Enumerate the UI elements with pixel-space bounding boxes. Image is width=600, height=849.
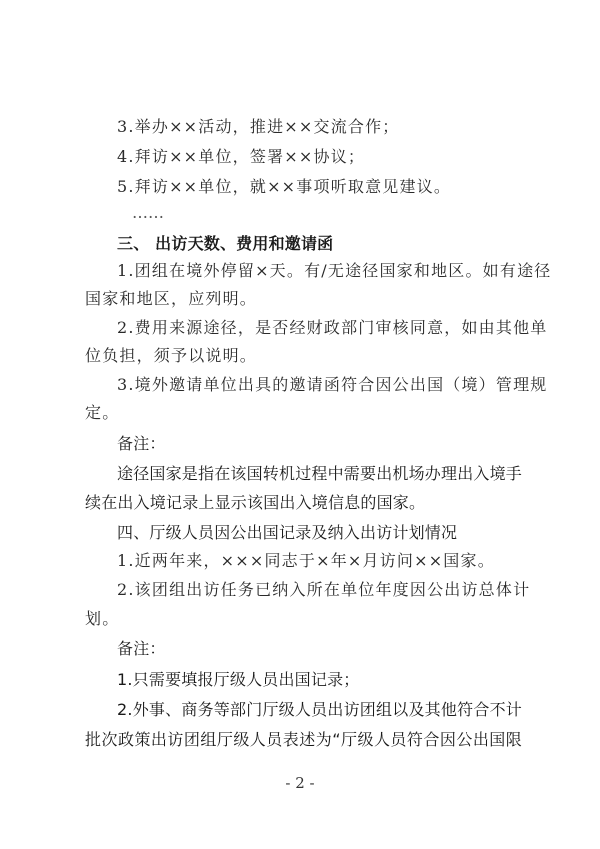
page-number: - 2 - — [0, 774, 600, 792]
section-heading-3: 三、 出访天数、费用和邀请函 — [117, 234, 333, 254]
note-line: 2.外事、商务等部门厅级人员出访团组以及其他符合不计 — [117, 700, 522, 720]
paragraph-line: 国家和地区，应列明。 — [85, 289, 257, 309]
paragraph-line: 1.团组在境外停留×天。有/无途径国家和地区。如有途径 — [117, 261, 522, 281]
note-line: 批次政策出访团组厅级人员表述为“厅级人员符合因公出国限 — [85, 730, 522, 750]
section-heading-4: 四、厅级人员因公出国记录及纳入出访计划情况 — [117, 523, 457, 543]
paragraph-line: 1.近两年来，×××同志于×年×月访问××国家。 — [117, 551, 495, 571]
note-line: 续在出入境记录上显示该国出入境信息的国家。 — [85, 493, 425, 513]
ellipsis: …… — [132, 203, 164, 223]
paragraph-line: 2.费用来源途径，是否经财政部门审核同意，如由其他单 — [117, 318, 522, 338]
paragraph-line: 定。 — [85, 403, 119, 423]
note-label: 备注： — [117, 639, 166, 659]
paragraph-line: 3.境外邀请单位出具的邀请函符合因公出国（境）管理规 — [117, 375, 522, 395]
paragraph-line: 2.该团组出访任务已纳入所在单位年度因公出访总体计 — [117, 580, 522, 600]
list-item-5: 5.拜访××单位，就××事项听取意见建议。 — [117, 177, 451, 197]
document-page: 3.举办××活动，推进××交流合作； 4.拜访××单位，签署××协议； 5.拜访… — [0, 0, 600, 849]
list-item-3: 3.举办××活动，推进××交流合作； — [117, 117, 400, 137]
paragraph-line: 位负担，须予以说明。 — [85, 346, 257, 366]
note-line: 途径国家是指在该国转机过程中需要出机场办理出入境手 — [117, 464, 522, 484]
note-label: 备注： — [117, 434, 166, 454]
note-line: 1.只需要填报厅级人员出国记录； — [117, 670, 359, 690]
paragraph-line: 划。 — [85, 609, 119, 629]
list-item-4: 4.拜访××单位，签署××协议； — [117, 147, 365, 167]
